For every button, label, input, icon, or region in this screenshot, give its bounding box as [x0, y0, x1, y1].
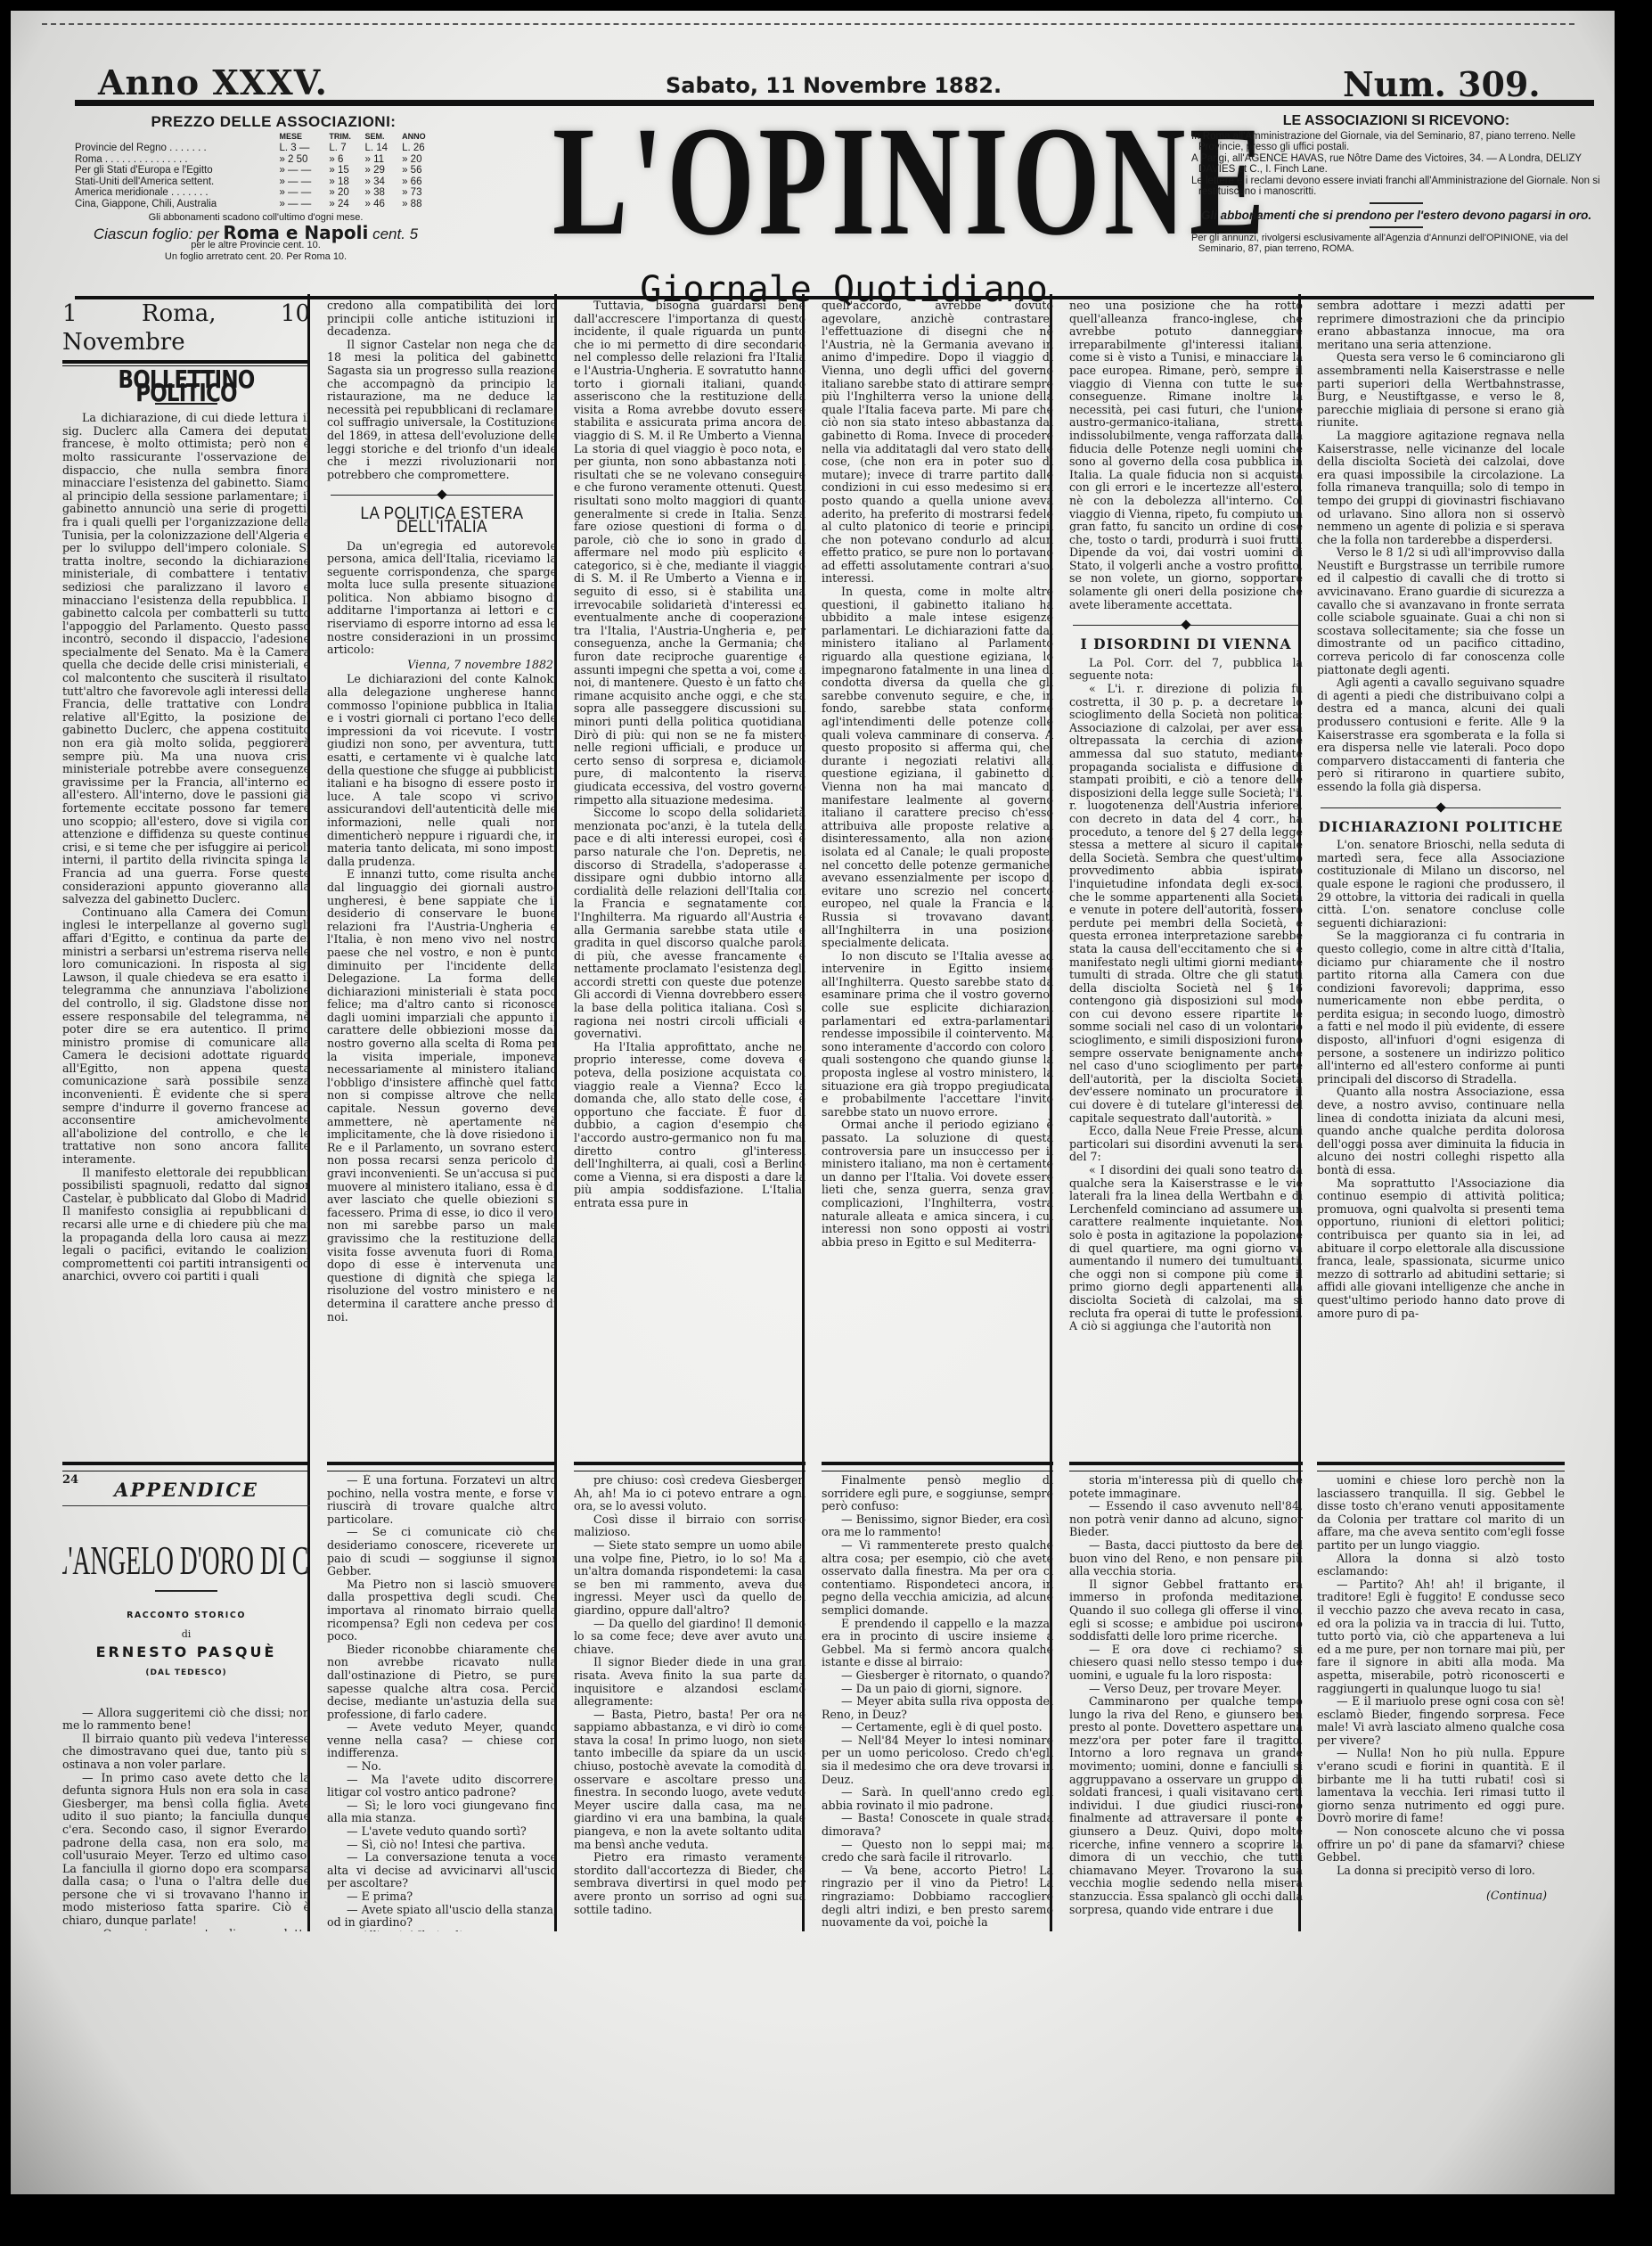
price-column-header: [73, 131, 277, 143]
article-paragraph: — E ora dove ci rechiamo? si chiesero qu…: [1069, 1644, 1303, 1683]
article-paragraph: — Ora mi rammento di aver detto qualche …: [62, 1928, 310, 1931]
assoc-line: A Parigi, all'AGENCE HAVAS, rue Nôtre Da…: [1191, 153, 1601, 176]
article-paragraph: « L'i. r. direzione di polizia fu costre…: [1069, 683, 1303, 1125]
article-heading: I DISORDINI DI VIENNA: [1069, 638, 1303, 652]
article-paragraph: — Meyer abita sulla riva opposta del Ren…: [822, 1695, 1053, 1721]
divider: [155, 1590, 217, 1592]
column-2: credono alla compatibilità dei loro prin…: [327, 299, 557, 1324]
article-paragraph: Io non discuto se l'Italia avesse ad int…: [822, 950, 1053, 1119]
assoc-line: In Roma all'Amministrazione del Giornale…: [1191, 131, 1601, 153]
article-paragraph: Il signor Castelar non nega che da 18 me…: [327, 339, 557, 482]
appendix-rule: [1069, 1462, 1303, 1471]
article-paragraph: Ma Pietro non si lasciò smuovere dalla p…: [327, 1578, 557, 1644]
article-paragraph: — Va bene, accorto Pietro! La ringrazio …: [822, 1865, 1053, 1930]
article-paragraph: La Pol. Corr. del 7, pubblica la seguent…: [1069, 657, 1303, 683]
article-paragraph: L'on. senatore Brioschi, nella seduta di…: [1317, 839, 1565, 930]
novel-title: L'ANGELO D'ORO DI COLONIA: [62, 1538, 310, 1583]
article-paragraph: — Basta, Pietro, basta! Per ora ne sappi…: [574, 1709, 806, 1852]
article-paragraph: — Basta! Conoscete in quale strada dimor…: [822, 1812, 1053, 1838]
appendix-column-2: — È una fortuna. Forzatevi un altro poch…: [327, 1474, 557, 1931]
article-paragraph: — Siete stato sempre un uomo abile, una …: [574, 1539, 806, 1618]
appendix-column-6: uomini e chiese loro perchè non la lasci…: [1317, 1474, 1565, 1903]
article-paragraph: Siccome lo scopo della solidarietà menzi…: [574, 807, 806, 1041]
article-paragraph: neo una posizione che ha rotto quell'all…: [1069, 299, 1303, 611]
article-paragraph: — Sì, ciò no! Intesi che partiva.: [327, 1839, 557, 1852]
article-paragraph: — Sì; le loro voci giungevano fino alla …: [327, 1799, 557, 1825]
article-paragraph: — Avete veduto Meyer, quando venne nella…: [327, 1721, 557, 1760]
appendix-column-5: storia m'interessa più di quello che pot…: [1069, 1474, 1303, 1916]
article-paragraph: La dichiarazione, di cui diede lettura i…: [62, 412, 310, 906]
divider: [62, 1505, 310, 1506]
article-paragraph: — Da quello del giardino! Il demonio lo …: [574, 1618, 806, 1657]
price-row: Stati-Uniti dell'America settent.» — —» …: [73, 176, 438, 188]
article-paragraph: — Vi rammenterete presto qualche altra c…: [822, 1539, 1053, 1618]
appendix-column-4: Finalmente pensò meglio di sorridere egl…: [822, 1474, 1053, 1930]
ads-notice: Per gli annunzi, rivolgersi esclusivamen…: [1191, 233, 1601, 255]
article-paragraph: — Benissimo, signor Bieder, era così; or…: [822, 1513, 1053, 1539]
subscription-info: LE ASSOCIAZIONI SI RICEVONO: In Roma all…: [1191, 116, 1601, 255]
article-paragraph: — No.: [327, 1760, 557, 1774]
article-paragraph: Le dichiarazioni del conte Kalnoki alla …: [327, 673, 557, 868]
novel-genre: RACCONTO STORICO: [62, 1610, 310, 1623]
appendix-column-1: 24APPENDICEL'ANGELO D'ORO DI COLONIARACC…: [62, 1474, 310, 1931]
article-paragraph: Ha l'Italia approfittato, anche nel prop…: [574, 1041, 806, 1210]
article-paragraph: Ecco, dalla Neue Freie Presse, alcuni pa…: [1069, 1125, 1303, 1164]
article-paragraph: Il signor Bieder diede in una gran risat…: [574, 1656, 806, 1708]
appendix-rule: [1317, 1462, 1565, 1471]
article-paragraph: — Basta, dacci piuttosto da bere del buo…: [1069, 1539, 1303, 1578]
price-column-header: SEM.: [363, 131, 400, 143]
prices-table: MESETRIM.SEM.ANNO Provincie del Regno . …: [73, 131, 438, 209]
by-label: di: [62, 1628, 310, 1642]
article-paragraph: Bieder riconobbe chiaramente che non avr…: [327, 1644, 557, 1722]
article-paragraph: Così disse il birraio con sorriso malizi…: [574, 1513, 806, 1539]
article-paragraph: Ma soprattutto l'Associazione dia contin…: [1317, 1177, 1565, 1321]
column-3: Tuttavia, bisogna guardarsi bene dall'ac…: [574, 299, 806, 1210]
subscription-prices: PREZZO DELLE ASSOCIAZIONI: MESETRIM.SEM.…: [73, 116, 438, 263]
article-paragraph: — Nell'84 Meyer lo intesi nominare per u…: [822, 1734, 1053, 1786]
divider: [1370, 226, 1423, 228]
appendix-rule: [574, 1462, 806, 1471]
issue-number: Num. 309.: [1343, 64, 1541, 104]
article-paragraph: pre chiuso: così credeva Giesberger. Ah,…: [574, 1474, 806, 1513]
article-paragraph: — All'uscio! Il giardino era sem-: [327, 1930, 557, 1931]
article-paragraph: — Non conoscete alcuno che vi possa offr…: [1317, 1825, 1565, 1865]
article-paragraph: Agli agenti a cavallo seguivano squadre …: [1317, 676, 1565, 793]
assoc-heading: LE ASSOCIAZIONI SI RICEVONO:: [1191, 116, 1601, 127]
dateline: 1 Roma, 10 Novembre: [62, 299, 310, 357]
letter-dateline: Vienna, 7 novembre 1882.: [327, 659, 557, 672]
article-paragraph: Finalmente pensò meglio di sorridere egl…: [822, 1474, 1053, 1513]
article-paragraph: Verso le 8 1/2 si udì all'improvviso dal…: [1317, 546, 1565, 676]
article-paragraph: — La conversazione tenuta a voce alta vi…: [327, 1851, 557, 1890]
article-paragraph: storia m'interessa più di quello che pot…: [1069, 1474, 1303, 1500]
article-paragraph: Da un'egregia ed autorevole persona, ami…: [327, 540, 557, 657]
article-paragraph: — Allora suggeritemi ciò che dissi; non …: [62, 1707, 310, 1733]
price-column-header: MESE: [277, 131, 327, 143]
appendix-label: APPENDICE: [62, 1484, 310, 1497]
prices-heading: PREZZO DELLE ASSOCIAZIONI:: [109, 116, 438, 127]
article-paragraph: Se la maggioranza ci fu contraria in que…: [1317, 930, 1565, 1086]
article-paragraph: Continuano alla Camera dei Comuni ingles…: [62, 906, 310, 1167]
article-paragraph: Il manifesto elettorale dei repubblicani…: [62, 1167, 310, 1283]
article-paragraph: quell'accordo, avrebbe dovuto agevolare,…: [822, 299, 1053, 586]
article-paragraph: Tuttavia, bisogna guardarsi bene dall'ac…: [574, 299, 806, 807]
article-paragraph: Ormai anche il periodo egiziano è passat…: [822, 1119, 1053, 1249]
assoc-line: Le lettere e i reclami devono essere inv…: [1191, 176, 1601, 198]
back-issue-price: Un foglio arretrato cent. 20. Per Roma 1…: [73, 251, 438, 263]
divider: [1370, 202, 1423, 204]
translation-note: (DAL TEDESCO): [62, 1667, 310, 1680]
article-paragraph: sembra adottare i mezzi adatti per repri…: [1317, 299, 1565, 351]
article-heading: LA POLITICA ESTERA DELL'ITALIA: [339, 508, 545, 534]
article-paragraph: — L'avete veduto quando sortì?: [327, 1825, 557, 1839]
article-paragraph: — In primo caso avete detto che la defun…: [62, 1772, 310, 1928]
article-paragraph: — Avete spiato all'uscio della stanza, o…: [327, 1904, 557, 1930]
article-paragraph: — Giesberger è ritornato, o quando?: [822, 1669, 1053, 1683]
gold-notice: Gli abbonamenti che si prendono per l'es…: [1191, 209, 1601, 222]
price-row: Cina, Giappone, Chili, Australia» — —» 2…: [73, 199, 438, 210]
article-heading: DICHIARAZIONI POLITICHE: [1317, 821, 1565, 834]
article-paragraph: — Partito? Ah! ah! il brigante, il tradi…: [1317, 1578, 1565, 1695]
column-4: quell'accordo, avrebbe dovuto agevolare,…: [822, 299, 1053, 1249]
article-paragraph: E innanzi tutto, come risulta anche dal …: [327, 868, 557, 1324]
price-column-header: TRIM.: [327, 131, 363, 143]
article-paragraph: Pietro era rimasto veramente stordito da…: [574, 1851, 806, 1916]
single-copy-price: Ciascun foglio: per Roma e Napoli cent. …: [73, 227, 438, 240]
price-column-header: ANNO: [400, 131, 438, 143]
section-divider: [1073, 620, 1299, 631]
article-paragraph: « I disordini dei quali sono teatro da q…: [1069, 1164, 1303, 1333]
newspaper-page: Anno XXXV. Sabato, 11 Novembre 1882. Num…: [11, 11, 1615, 2194]
article-paragraph: — E prima?: [327, 1890, 557, 1904]
section-divider: [1321, 803, 1561, 814]
appendix-rule: [327, 1462, 557, 1471]
appendix-column-3: pre chiuso: così credeva Giesberger. Ah,…: [574, 1474, 806, 1916]
article-paragraph: Il signor Gebbel frattanto era immerso i…: [1069, 1578, 1303, 1644]
novel-author: ERNESTO PASQUÈ: [62, 1646, 310, 1660]
newspaper-title: L'OPINIONE: [552, 111, 1130, 253]
article-paragraph: — Se ci comunicate ciò che desideriamo c…: [327, 1526, 557, 1578]
price-row: America meridionale . . . . . . .» — —» …: [73, 187, 438, 199]
column-1: 1 Roma, 10 NovembreBOLLETTINO POLITICOLa…: [62, 299, 310, 1283]
article-heading: BOLLETTINO POLITICO: [85, 373, 288, 399]
volume-year: Anno XXXV.: [98, 62, 328, 102]
article-paragraph: Allora la donna si alzò tosto esclamando…: [1317, 1553, 1565, 1578]
section-divider: [331, 490, 553, 501]
price-row: Roma . . . . . . . . . . . . . . .» 2 50…: [73, 154, 438, 166]
article-paragraph: Camminarono per qualche tempo lungo la r…: [1069, 1695, 1303, 1916]
article-paragraph: uomini e chiese loro perchè non la lasci…: [1317, 1474, 1565, 1553]
article-paragraph: — È una fortuna. Forzatevi un altro poch…: [327, 1474, 557, 1526]
price-row: Provincie del Regno . . . . . . .L. 3 —L…: [73, 143, 438, 154]
article-paragraph: La donna si precipitò verso di loro.: [1317, 1865, 1565, 1878]
article-paragraph: — Nulla! Non ho più nulla. Eppure v'eran…: [1317, 1747, 1565, 1825]
appendix-rule: [62, 1462, 310, 1471]
column-5: neo una posizione che ha rotto quell'all…: [1069, 299, 1303, 1333]
top-border: [42, 23, 1574, 29]
article-paragraph: credono alla compatibilità dei loro prin…: [327, 299, 557, 339]
article-paragraph: — Certamente, egli è di quel posto.: [822, 1721, 1053, 1734]
article-paragraph: — Verso Deuz, per trovare Meyer.: [1069, 1683, 1303, 1696]
appendix-rule: [822, 1462, 1053, 1471]
article-paragraph: Questa sera verso le 6 cominciarono gli …: [1317, 351, 1565, 430]
article-paragraph: In questa, come in molte altre questioni…: [822, 586, 1053, 950]
price-row: Per gli Stati d'Europa e l'Egitto» — —» …: [73, 165, 438, 176]
article-paragraph: — E il mariuolo prese ogni cosa con sè! …: [1317, 1695, 1565, 1747]
article-paragraph: Il birraio quanto più vedeva l'interesse…: [62, 1733, 310, 1772]
column-6: sembra adottare i mezzi adatti per repri…: [1317, 299, 1565, 1320]
article-paragraph: — Sarà. In quell'anno credo egli abbia r…: [822, 1786, 1053, 1812]
article-paragraph: — Ma l'avete udito discorrere, litigar c…: [327, 1774, 557, 1799]
article-paragraph: — Da un paio di giorni, signore.: [822, 1683, 1053, 1696]
article-paragraph: La maggiore agitazione regnava nella Kai…: [1317, 430, 1565, 546]
article-paragraph: — Questo non lo seppi mai; ma credo che …: [822, 1839, 1053, 1865]
article-paragraph: — Essendo il caso avvenuto nell'84, non …: [1069, 1500, 1303, 1539]
continued-note: (Continua): [1317, 1889, 1565, 1903]
article-paragraph: Quanto alla nostra Associazione, essa de…: [1317, 1086, 1565, 1176]
article-paragraph: E prendendo il cappello e la mazza, era …: [822, 1618, 1053, 1669]
